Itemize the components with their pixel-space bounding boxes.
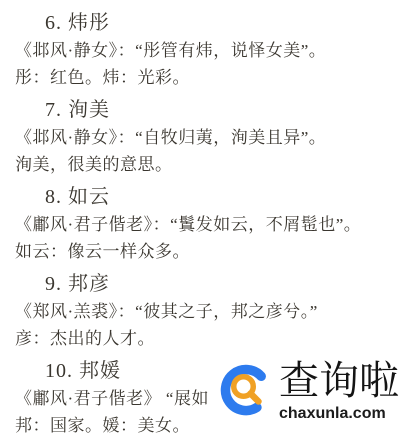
entry-name: 洵美: [68, 99, 110, 121]
entry-quote: 《鄘风·君子偕老》：“鬒发如云，不屑髢也”。: [15, 211, 399, 238]
entry-heading-7: 7.洵美: [45, 97, 399, 123]
entry-quote: 《邶风·静女》：“自牧归荑，洵美且异”。: [15, 124, 399, 151]
entry-number: 6.: [45, 12, 62, 34]
watermark: 查询啦 chaxunla.com: [219, 358, 399, 432]
entry-note: 如云：像云一样众多。: [15, 238, 399, 265]
entry-heading-6: 6.炜彤: [45, 10, 399, 36]
watermark-domain: chaxunla.com: [279, 405, 399, 422]
magnifier-in-ring-icon: [219, 361, 277, 419]
entry-name: 炜彤: [68, 12, 110, 34]
entry-quote: 《郑风·羔裘》：“彼其之子，邦之彦兮。”: [15, 298, 399, 325]
entry-note: 彦：杰出的人才。: [15, 325, 399, 352]
entry-name: 邦媛: [79, 360, 121, 382]
entry-note: 彤：红色。炜：光彩。: [15, 64, 399, 91]
watermark-text: 查询啦 chaxunla.com: [279, 358, 399, 422]
entry-number: 9.: [45, 273, 62, 295]
entry-quote: 《邶风·静女》：“彤管有炜，说怿女美”。: [15, 37, 399, 64]
entry-heading-9: 9.邦彦: [45, 271, 399, 297]
watermark-brand: 查询啦: [279, 358, 399, 404]
entry-heading-8: 8.如云: [45, 184, 399, 210]
entry-number: 7.: [45, 99, 62, 121]
entry-number: 8.: [45, 186, 62, 208]
entry-name: 如云: [68, 186, 110, 208]
entry-name: 邦彦: [68, 273, 110, 295]
entry-number: 10.: [45, 360, 73, 382]
entry-note: 洵美，很美的意思。: [15, 151, 399, 178]
